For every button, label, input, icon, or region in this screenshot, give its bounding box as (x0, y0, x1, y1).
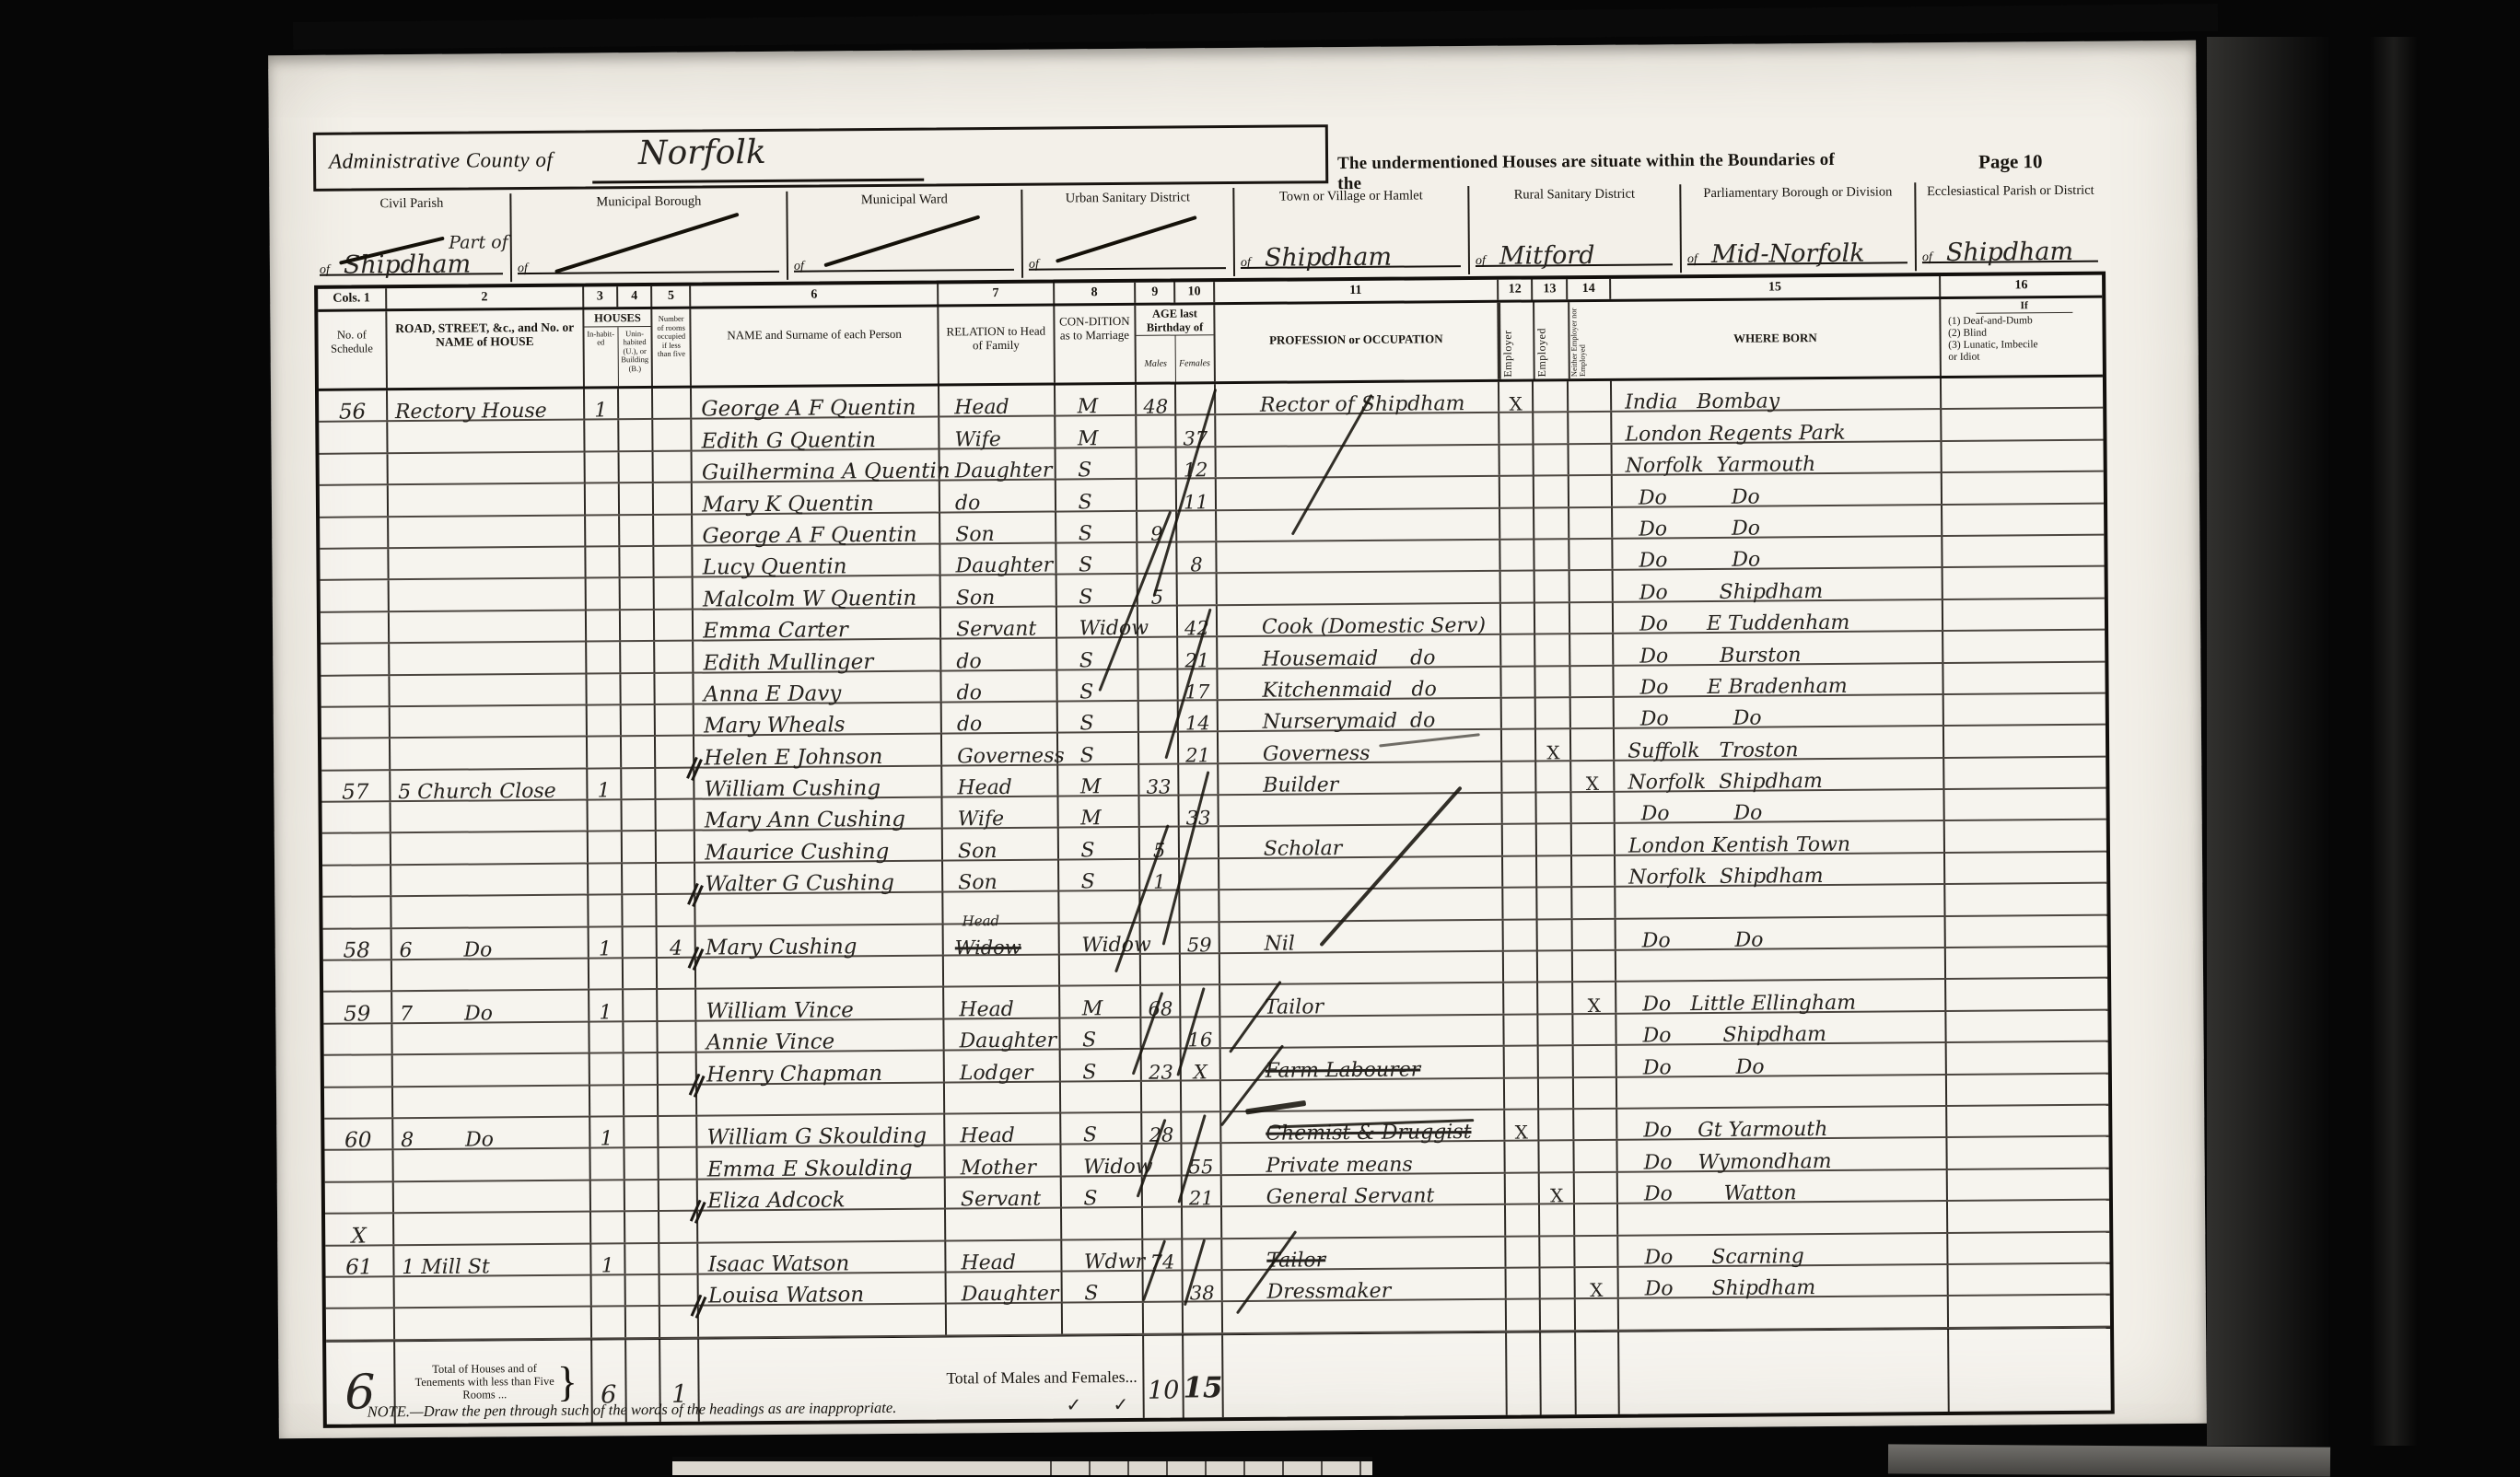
cell-occupation (1217, 572, 1500, 604)
table-body: 56Rectory House1George A F QuentinHeadM4… (319, 378, 2110, 1342)
value-age_m: 48 (1143, 396, 1168, 418)
cell-schedule (324, 1151, 393, 1181)
cell-occupation (1217, 477, 1500, 509)
value-road: 6 Do (399, 938, 492, 962)
value-relation: Wife (958, 808, 1005, 831)
value-condition: S (1079, 713, 1093, 736)
cell-neither (1575, 1173, 1618, 1204)
cell-age_m (1138, 542, 1178, 573)
cell-relation: Head (942, 765, 1058, 796)
value-relation: Servant (961, 1188, 1041, 1212)
cell-rooms (653, 389, 692, 419)
cell-age_m: 33 (1139, 764, 1179, 795)
cell-rooms (654, 515, 693, 545)
cell-schedule (324, 1087, 393, 1118)
cell-schedule (320, 485, 389, 516)
cell-condition: S (1056, 543, 1138, 574)
cell-neither (1575, 1236, 1618, 1266)
total-empty-infirmities (1949, 1328, 2111, 1411)
cell-condition: S (1056, 511, 1138, 541)
district-value: Shipdham (344, 250, 471, 280)
cell-inhabited (589, 959, 624, 989)
cell-employed (1537, 856, 1572, 887)
cell-neither (1574, 1077, 1617, 1108)
cell-condition: S (1060, 1050, 1142, 1080)
cell-uninhabited (621, 642, 656, 672)
cell-schedule (321, 739, 391, 770)
cell-neither (1570, 634, 1614, 665)
value-relation: Governess (957, 744, 1065, 768)
value-name: William Vince (706, 998, 854, 1023)
cell-inhabited (587, 705, 621, 736)
cell-infirmities (1945, 884, 2107, 915)
value-schedule: 57 (342, 780, 368, 804)
cell-age_m (1141, 955, 1181, 985)
cell-rooms (658, 990, 696, 1020)
cell-inhabited: 1 (585, 389, 619, 419)
cell-schedule (321, 612, 390, 643)
cell-infirmities (1942, 536, 2105, 567)
cell-relation: do (941, 639, 1057, 669)
cell-neither (1572, 793, 1616, 823)
cell-neither (1570, 571, 1614, 601)
cell-condition: S (1056, 480, 1137, 510)
cell-schedule (326, 1277, 395, 1308)
value-condition: S (1078, 459, 1091, 482)
cell-uninhabited (624, 1180, 659, 1211)
cell-inhabited (592, 1308, 626, 1338)
cell-inhabited: 1 (588, 769, 622, 799)
header-age-females: Females (1174, 335, 1214, 382)
cell-neither (1572, 856, 1616, 887)
cell-relation: Head (945, 1114, 1061, 1145)
header-condition: CON-DITION as to Marriage (1055, 306, 1137, 383)
cell-employed (1538, 888, 1573, 918)
cell-schedule (321, 707, 391, 738)
col-number-3: 3 (584, 286, 618, 307)
district-of-prefix: of (794, 260, 804, 274)
value-age_f: 38 (1190, 1283, 1215, 1305)
cell-age_f (1180, 859, 1219, 890)
cell-relation: Servant (946, 1177, 1062, 1207)
cell-name (695, 893, 943, 925)
header-name: NAME and Surname of each Person (691, 308, 939, 386)
value-name: Isaac Watson (708, 1251, 850, 1276)
cell-relation: HeadWidow (944, 924, 1060, 954)
cell-occupation: Private means (1221, 1142, 1505, 1174)
cell-road: 1 Mill St (394, 1244, 591, 1275)
cell-neither (1573, 951, 1616, 982)
col-number-10: 10 (1175, 282, 1215, 302)
cell-employed (1540, 1204, 1575, 1235)
district-fill-line: of (794, 239, 1014, 273)
value-inhabited: 1 (601, 1254, 614, 1277)
cell-name (697, 1083, 945, 1115)
cell-road (394, 1213, 591, 1244)
cell-neither (1572, 824, 1616, 855)
cell-age_f (1178, 575, 1218, 605)
cell-name: Louisa Watson (699, 1273, 947, 1305)
next-page-sliver (672, 1457, 1372, 1475)
value-relation: Son (956, 587, 996, 610)
cell-condition: S (1057, 702, 1139, 732)
cell-schedule: 56 (319, 390, 388, 421)
cell-relation (945, 1082, 1061, 1112)
cell-occupation (1222, 1205, 1506, 1238)
cell-employer (1500, 540, 1535, 570)
cell-infirmities (1946, 979, 2108, 1010)
cell-road: 8 Do (393, 1118, 590, 1149)
cell-relation (946, 1209, 1062, 1239)
cell-relation: Son (943, 860, 1059, 890)
cell-infirmities (1947, 1106, 2109, 1137)
cell-employed (1539, 1078, 1574, 1109)
cell-age_f (1183, 1207, 1222, 1238)
district-fill-line: ofShipdham (1922, 231, 2098, 263)
header-rooms: Number of rooms occupied if less than fi… (653, 309, 692, 386)
value-condition: S (1080, 839, 1094, 862)
page-number: Page 10 (1978, 150, 2043, 174)
cell-condition: S (1060, 1018, 1142, 1049)
cell-neither (1571, 666, 1615, 696)
cell-relation (943, 892, 1059, 923)
header-houses-title: HOUSES (584, 311, 651, 327)
value-age_m: 1 (1153, 871, 1166, 893)
cell-inhabited (591, 1275, 625, 1306)
cell-condition: M (1058, 797, 1140, 827)
cell-occupation (1220, 952, 1504, 984)
district-municipal-borough: Municipal Boroughof (511, 192, 788, 282)
cell-name: William G Skoulding (697, 1114, 945, 1146)
cell-road: 5 Church Close (391, 769, 588, 800)
cell-infirmities (1944, 726, 2106, 757)
cell-where_born: Do Do (1613, 473, 1942, 506)
value-condition: M (1078, 396, 1099, 419)
cell-condition: M (1056, 416, 1137, 447)
cell-where_born: Do Do (1613, 537, 1942, 569)
cell-uninhabited (625, 1307, 660, 1337)
total-empty-whereborn (1619, 1330, 1949, 1414)
cell-infirmities (1942, 567, 2105, 599)
value-condition: M (1080, 775, 1102, 798)
cell-condition: M (1060, 986, 1142, 1017)
administrative-county-box: Administrative County of Norfolk (313, 124, 1328, 192)
cell-employer (1505, 1078, 1540, 1109)
cell-condition: M (1058, 765, 1140, 796)
cell-condition: Widow (1061, 1145, 1143, 1175)
district-label: Urban Sanitary District (1022, 191, 1232, 206)
cell-occupation (1219, 794, 1502, 826)
col-number-1: Cols. 1 (318, 288, 387, 309)
enumeration-table: Cols. 12345678910111213141516 No. of Sch… (314, 272, 2115, 1428)
cell-infirmities (1943, 662, 2106, 693)
cell-inhabited (587, 611, 621, 641)
cell-uninhabited (619, 389, 654, 419)
cell-infirmities (1942, 378, 2104, 409)
cell-employed (1537, 825, 1572, 855)
value-condition: S (1079, 554, 1092, 577)
cell-employer (1505, 1173, 1540, 1204)
cell-road (392, 1022, 589, 1053)
total-empty-neither (1576, 1332, 1620, 1413)
cell-inhabited (590, 1086, 624, 1116)
cell-inhabited (586, 516, 620, 546)
photo-background: Administrative County of Norfolk The und… (0, 0, 2520, 1475)
cell-employed (1541, 1299, 1576, 1330)
cell-employer (1506, 1205, 1541, 1236)
cell-inhabited (585, 421, 619, 451)
footnote-text: NOTE.—Draw the pen through such of the w… (367, 1399, 897, 1421)
cell-employed (1537, 793, 1572, 823)
cell-schedule (320, 518, 389, 548)
cell-employed (1541, 1237, 1576, 1267)
cell-schedule (322, 866, 391, 896)
cell-road (390, 611, 587, 642)
cell-schedule (320, 454, 389, 484)
cell-uninhabited (624, 1022, 659, 1053)
cell-relation: do (942, 702, 1058, 732)
cell-occupation (1216, 446, 1499, 478)
column-headers-row: No. of Schedule ROAD, STREET, &c., and N… (318, 298, 2103, 391)
cell-name: Emma E Skoulding (698, 1146, 946, 1179)
cell-schedule: 60 (324, 1119, 393, 1149)
cell-condition (1059, 955, 1141, 985)
cell-employed (1535, 572, 1570, 602)
value-occupation: Governess (1263, 742, 1371, 766)
cell-inhabited (589, 895, 623, 925)
cell-rooms (659, 1021, 697, 1052)
cell-age_f: 42 (1178, 606, 1218, 636)
cell-schedule: 59 (323, 993, 392, 1023)
value-condition: M (1082, 997, 1103, 1020)
cell-road (394, 1180, 591, 1212)
cell-where_born: Do E Bradenham (1614, 663, 1943, 695)
value-schedule: 56 (339, 401, 366, 424)
cell-age_m (1139, 669, 1179, 700)
cell-road (390, 705, 587, 737)
cell-occupation: Chemist & Druggist (1221, 1111, 1505, 1143)
cell-relation: Lodger (945, 1051, 1061, 1081)
district-of-prefix: of (1687, 252, 1697, 267)
cell-schedule (322, 802, 391, 832)
cell-road (389, 548, 586, 579)
cell-neither (1569, 507, 1613, 538)
cell-road (393, 1086, 590, 1117)
cell-schedule: 58 (323, 929, 392, 959)
district-label: Parliamentary Borough or Division (1681, 185, 1914, 201)
cell-infirmities (1942, 599, 2105, 630)
cell-rooms (659, 1117, 698, 1147)
cell-relation (947, 1304, 1063, 1334)
infirmities-line: or Idiot (1948, 351, 2101, 364)
value-condition: S (1084, 1283, 1098, 1306)
value-condition: S (1082, 1061, 1096, 1084)
value-name: Anna E Davy (704, 681, 842, 706)
cell-relation: do (941, 670, 1057, 701)
value-road: 7 Do (400, 1002, 493, 1026)
cell-uninhabited (622, 769, 657, 799)
cell-occupation: Nurserymaid do (1219, 699, 1502, 731)
value-relation: Head (957, 776, 1012, 799)
col-number-12: 12 (1499, 279, 1534, 299)
value-name: Lucy Quentin (703, 555, 847, 580)
cell-condition: Wdwr (1062, 1239, 1144, 1270)
cell-employer (1500, 603, 1535, 634)
cell-uninhabited (622, 800, 657, 831)
cell-age_m (1144, 1303, 1184, 1333)
value-age_f: 59 (1187, 934, 1212, 956)
cell-uninhabited (624, 1053, 659, 1084)
value-name: Annie Vince (706, 1030, 835, 1055)
cell-inhabited (589, 832, 623, 863)
cell-neither (1569, 413, 1612, 443)
cell-age_m: 48 (1137, 385, 1176, 415)
value-inhabited: 1 (599, 1001, 612, 1024)
cell-schedule (326, 1309, 395, 1340)
value-condition: S (1082, 1029, 1096, 1052)
cell-uninhabited (620, 516, 655, 546)
value-condition: Wdwr (1084, 1250, 1145, 1274)
header-occupation: PROFESSION or OCCUPATION (1215, 303, 1499, 381)
total-empty-occupation (1223, 1332, 1507, 1416)
cell-condition: S (1056, 448, 1137, 479)
value-condition: M (1080, 808, 1102, 831)
district-municipal-ward: Municipal Wardof (787, 190, 1023, 280)
cell-where_born (1619, 1297, 1949, 1329)
cell-relation: Daughter (947, 1272, 1063, 1302)
cell-uninhabited (620, 547, 655, 577)
cell-uninhabited (625, 1212, 660, 1242)
cell-uninhabited (625, 1243, 660, 1273)
cell-road (395, 1308, 592, 1339)
cell-employer (1503, 951, 1538, 982)
value-age_f: 11 (1184, 491, 1208, 513)
cell-schedule (320, 549, 389, 579)
value-name: Eliza Adcock (707, 1189, 846, 1214)
cell-schedule (323, 1024, 392, 1054)
header-schedule: No. of Schedule (318, 311, 387, 389)
cell-road (388, 421, 585, 452)
cell-uninhabited (623, 864, 658, 894)
cell-relation: Son (941, 576, 1057, 606)
cell-employer: X (1499, 381, 1534, 412)
cell-where_born (1618, 1202, 1948, 1234)
cell-employed (1534, 476, 1569, 506)
value-condition: S (1083, 1187, 1097, 1210)
district-label: Municipal Ward (787, 192, 1021, 208)
cell-employed (1535, 603, 1570, 634)
cell-occupation (1220, 1016, 1504, 1048)
total-empty-employer (1507, 1332, 1542, 1414)
cell-where_born: Do Do (1613, 506, 1942, 538)
cell-road (391, 896, 589, 927)
cell-condition: S (1056, 575, 1138, 605)
cell-rooms (657, 832, 695, 862)
cell-age_f (1184, 1302, 1223, 1332)
cell-name: Helen E Johnson (694, 735, 942, 767)
value-name: Mary Wheals (704, 714, 846, 738)
cell-schedule (321, 581, 390, 611)
cell-relation: Governess (942, 734, 1058, 764)
col-number-8: 8 (1055, 283, 1137, 304)
cell-relation: Head (946, 1240, 1062, 1271)
cell-road (391, 801, 588, 832)
cell-employed (1535, 540, 1570, 570)
header-where-born: WHERE BORN (1611, 299, 1941, 378)
cell-infirmities (1945, 915, 2107, 947)
value-relation: Daughter (955, 459, 1053, 483)
cell-road (391, 864, 589, 895)
cell-employed: X (1540, 1173, 1575, 1204)
cell-road (391, 832, 589, 864)
district-label: Civil Parish (313, 196, 509, 212)
cell-name: Eliza Adcock (698, 1178, 946, 1210)
value-neither: X (1590, 1279, 1603, 1301)
value-condition: S (1079, 522, 1092, 545)
cell-age_m (1138, 638, 1178, 669)
district-label: Ecclesiastical Parish or District (1916, 184, 2105, 200)
value-relation: do (957, 681, 983, 704)
footnote-ticks: ✓ ✓ (1066, 1393, 1141, 1416)
cell-rooms: ∥ (657, 768, 695, 798)
cell-employed (1534, 508, 1569, 539)
value-relation: Head (960, 1124, 1015, 1147)
total-females-cell: 15 (1184, 1335, 1223, 1417)
cell-employed (1540, 1142, 1575, 1172)
cell-schedule (321, 644, 390, 674)
cell-employer (1506, 1268, 1541, 1298)
cell-rooms (654, 451, 693, 482)
value-relation: Head (959, 998, 1014, 1021)
cell-age_m (1137, 448, 1177, 478)
cell-name: George A F Quentin (693, 513, 940, 545)
cell-name: Anna E Davy (694, 671, 942, 704)
cell-age_f (1179, 764, 1219, 795)
total-females-value: 15 (1183, 1371, 1222, 1404)
cell-age_f: 37 (1176, 416, 1216, 447)
district-of-prefix: of (1029, 258, 1039, 273)
district-value: Shipdham (1265, 243, 1392, 273)
cell-relation: Wife (943, 797, 1059, 828)
cell-inhabited (591, 1180, 625, 1211)
cell-name (696, 957, 944, 989)
cell-rooms: ∥ (660, 1307, 699, 1337)
cell-infirmities (1946, 1010, 2108, 1041)
district-label: Rural Sanitary District (1469, 187, 1679, 203)
header-age-group: AGE last Birthday of Males Females (1137, 305, 1216, 382)
value-occupation: Scholar (1264, 837, 1343, 861)
cell-age_m (1143, 1208, 1183, 1239)
cell-relation: Son (943, 829, 1059, 859)
cell-infirmities (1948, 1232, 2110, 1263)
cell-age_m (1140, 797, 1180, 827)
cell-age_f: 21 (1183, 1176, 1222, 1206)
total-houses-label: Total of Houses and of Tenements with le… (408, 1362, 561, 1401)
cell-age_f: 59 (1181, 923, 1220, 953)
cell-inhabited (590, 1149, 624, 1180)
infirmities-line: (3) Lunatic, Imbecile (1948, 339, 2101, 352)
cell-name: Emma Carter (694, 608, 941, 640)
admin-county-label: Administrative County of (329, 148, 553, 174)
cell-where_born (1616, 948, 1946, 981)
cell-employer (1504, 1015, 1539, 1045)
cell-employer (1501, 667, 1536, 697)
cell-where_born (1617, 1076, 1947, 1108)
value-employer: X (1509, 393, 1522, 415)
cell-inhabited (587, 642, 621, 672)
value-schedule: 61 (345, 1255, 372, 1279)
cell-occupation (1217, 508, 1500, 541)
